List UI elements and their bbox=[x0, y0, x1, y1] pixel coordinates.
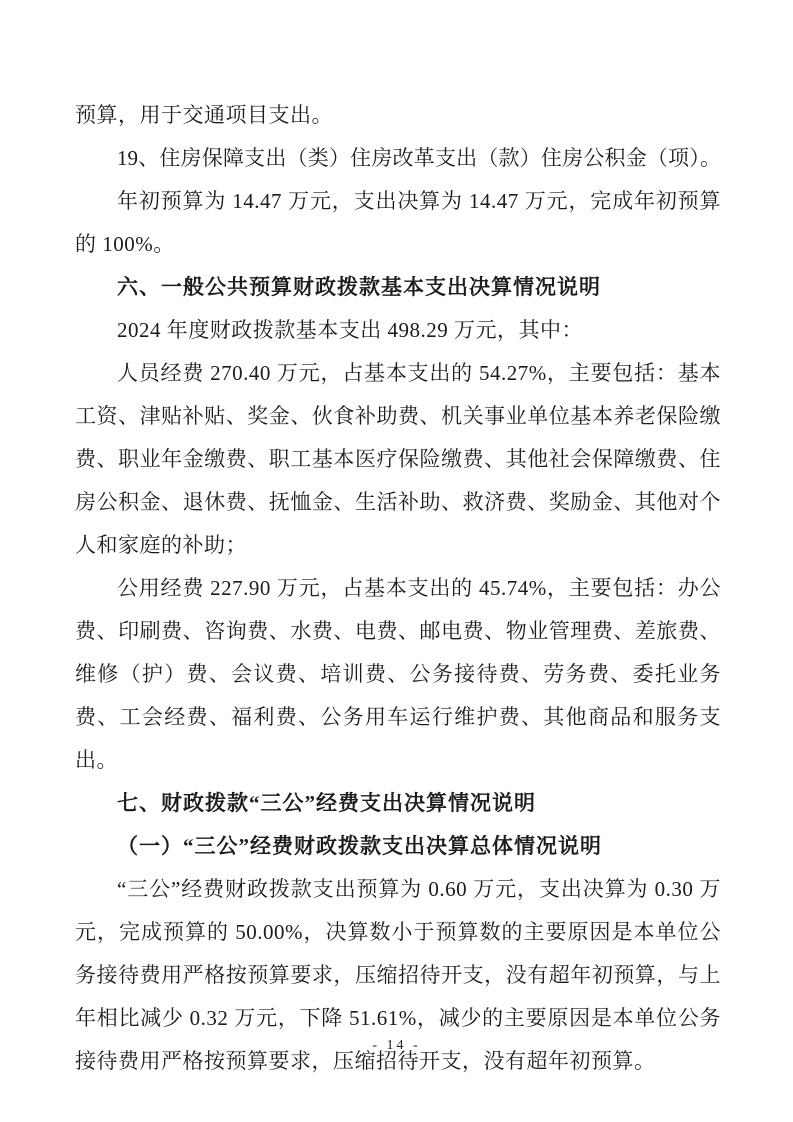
paragraph-budget-housing-fund: 年初预算为 14.47 万元，支出决算为 14.47 万元，完成年初预算的 10… bbox=[75, 180, 721, 266]
page-number: - 14 - bbox=[0, 1038, 793, 1054]
paragraph-continuation: 预算，用于交通项目支出。 bbox=[75, 94, 721, 137]
section-heading-six: 六、一般公共预算财政拨款基本支出决算情况说明 bbox=[75, 266, 721, 309]
document-text-body: 预算，用于交通项目支出。 19、住房保障支出（类）住房改革支出（款）住房公积金（… bbox=[75, 94, 721, 1083]
document-page: 预算，用于交通项目支出。 19、住房保障支出（类）住房改革支出（款）住房公积金（… bbox=[0, 0, 793, 1122]
paragraph-personnel-expenses: 人员经费 270.40 万元，占基本支出的 54.27%，主要包括：基本工资、津… bbox=[75, 352, 721, 567]
paragraph-basic-expenditure-total: 2024 年度财政拨款基本支出 498.29 万元，其中： bbox=[75, 309, 721, 352]
paragraph-item-19: 19、住房保障支出（类）住房改革支出（款）住房公积金（项）。 bbox=[75, 137, 721, 180]
paragraph-public-expenses: 公用经费 227.90 万元，占基本支出的 45.74%，主要包括：办公费、印刷… bbox=[75, 567, 721, 782]
sub-heading-one: （一）“三公”经费财政拨款支出决算总体情况说明 bbox=[75, 825, 721, 868]
section-heading-seven: 七、财政拨款“三公”经费支出决算情况说明 bbox=[75, 782, 721, 825]
